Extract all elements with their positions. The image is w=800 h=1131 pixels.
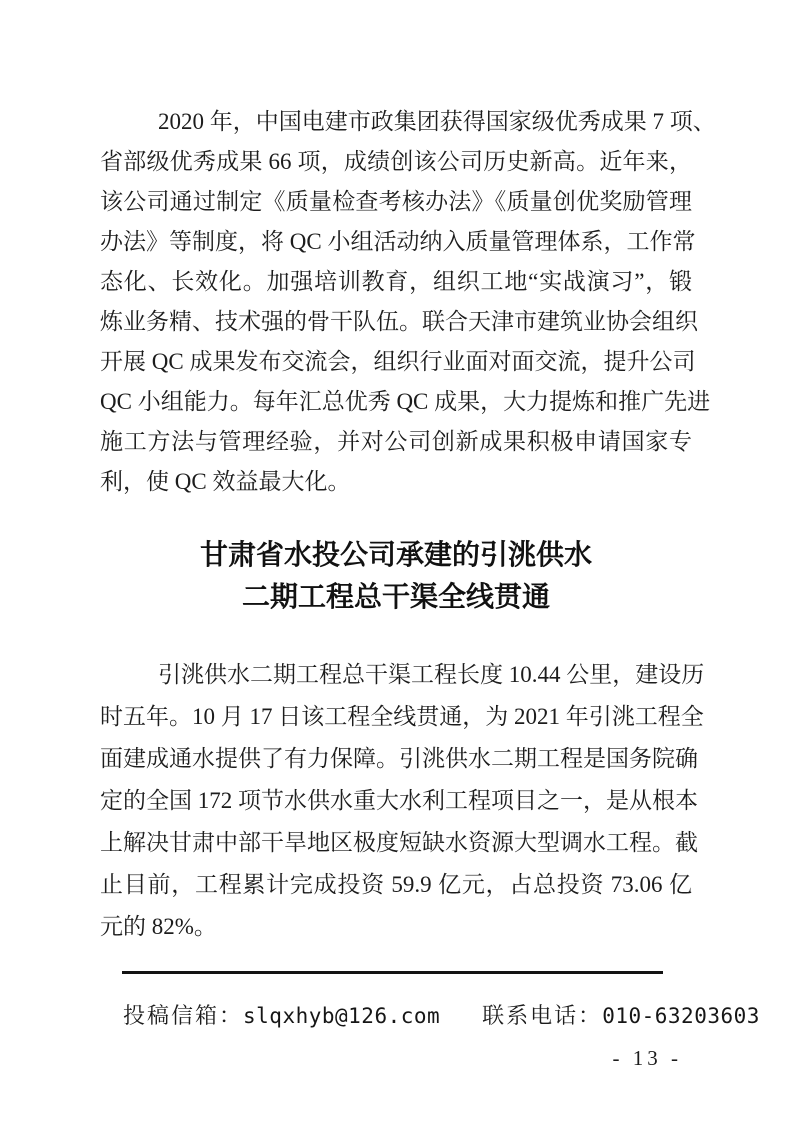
page-number: - 13 - [613,1046,683,1071]
submission-mailbox-label: 投稿信箱： [123,1000,243,1032]
paragraph-line: 定的全国 172 项节水供水重大水利工程项目之一，是从根本 [100,780,692,822]
paragraph-line: 止目前，工程累计完成投资 59.9 亿元，占总投资 73.06 亿 [100,864,692,906]
paragraph-line: 引洮供水二期工程总干渠工程长度 10.44 公里，建设历 [100,654,692,696]
article-title-line-1: 甘肃省水投公司承建的引洮供水 [100,534,692,576]
paragraph-line: 开展 QC 成果发布交流会，组织行业面对面交流，提升公司 [100,342,692,382]
paragraph-line: QC 小组能力。每年汇总优秀 QC 成果，大力提炼和推广先进 [100,382,692,422]
article-title-line-2: 二期工程总干渠全线贯通 [100,576,692,618]
paragraph-line: 炼业务精、技术强的骨干队伍。联合天津市建筑业协会组织 [100,302,692,342]
contact-phone-number: 010-63203603 [602,1000,760,1032]
paragraph-line: 省部级优秀成果 66 项，成绩创该公司历史新高。近年来， [100,142,692,182]
footer: 投稿信箱： slqxhyb@126.com 联系电话： 010-63203603 [123,1000,683,1032]
paragraph-line: 时五年。10 月 17 日该工程全线贯通，为 2021 年引洮工程全 [100,696,692,738]
qc-achievements-paragraph: 2020 年，中国电建市政集团获得国家级优秀成果 7 项、 省部级优秀成果 66… [100,102,692,502]
article-title: 甘肃省水投公司承建的引洮供水 二期工程总干渠全线贯通 [100,534,692,618]
paragraph-line: 利，使 QC 效益最大化。 [100,462,692,502]
document-page: 2020 年，中国电建市政集团获得国家级优秀成果 7 项、 省部级优秀成果 66… [0,0,800,1131]
paragraph-line: 面建成通水提供了有力保障。引洮供水二期工程是国务院确 [100,738,692,780]
paragraph-line: 2020 年，中国电建市政集团获得国家级优秀成果 7 项、 [100,102,692,142]
footer-divider [122,971,663,974]
paragraph-line: 施工方法与管理经验，并对公司创新成果积极申请国家专 [100,422,692,462]
submission-mailbox-email: slqxhyb@126.com [243,1000,440,1032]
submission-mailbox: 投稿信箱： slqxhyb@126.com [123,1000,440,1032]
paragraph-line: 办法》等制度，将 QC 小组活动纳入质量管理体系，工作常 [100,222,692,262]
contact-phone-label: 联系电话： [482,1000,602,1032]
paragraph-line: 元的 82%。 [100,906,692,948]
paragraph-line: 上解决甘肃中部干旱地区极度短缺水资源大型调水工程。截 [100,822,692,864]
paragraph-line: 态化、长效化。加强培训教育，组织工地“实战演习”，锻 [100,262,692,302]
paragraph-line: 该公司通过制定《质量检查考核办法》《质量创优奖励管理 [100,182,692,222]
contact-phone: 联系电话： 010-63203603 [482,1000,760,1032]
yintao-project-paragraph: 引洮供水二期工程总干渠工程长度 10.44 公里，建设历 时五年。10 月 17… [100,654,692,948]
